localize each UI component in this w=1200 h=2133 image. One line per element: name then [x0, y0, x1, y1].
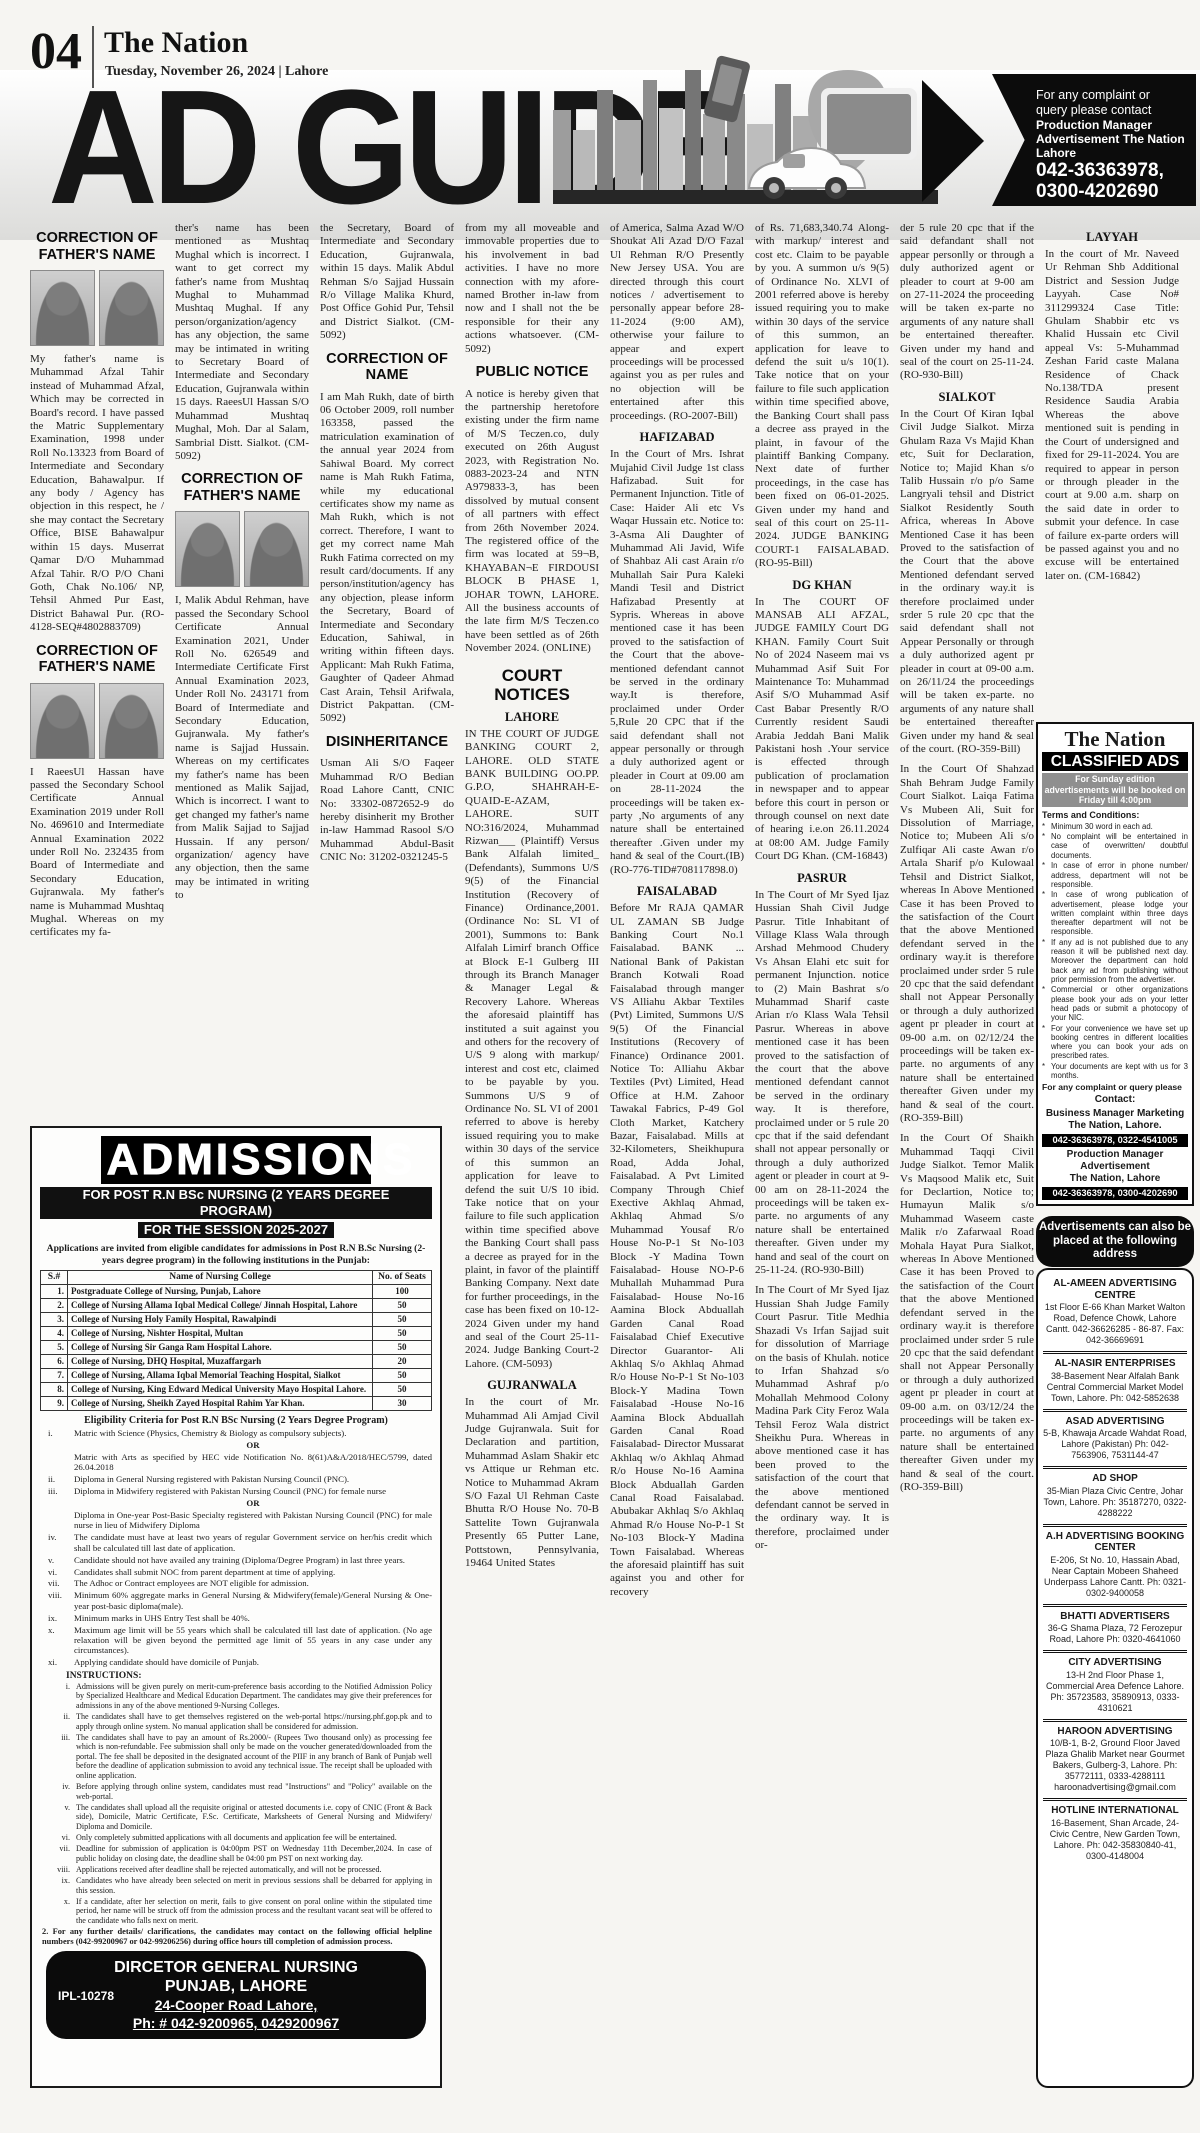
- agency-name: A.H ADVERTISING BOOKING CENTER: [1043, 1531, 1187, 1554]
- item-text: The candidates shall have to get themsel…: [76, 1712, 432, 1731]
- item-text: Diploma in Midwifery registered with Pak…: [74, 1486, 432, 1496]
- item-number: [40, 1452, 74, 1473]
- complaint-phone2: 0300-4202690: [1036, 181, 1188, 202]
- seats-cell: 50: [373, 1383, 432, 1397]
- agency-entry: BHATTI ADVERTISERS36-G Shama Plaza, 72 F…: [1043, 1604, 1187, 1651]
- instruction-item: x.If a candidate, after her selection on…: [40, 1897, 432, 1926]
- serial-cell: 2.: [41, 1299, 68, 1313]
- portrait-photo: [30, 270, 95, 346]
- complaint-line3: Production Manager: [1036, 118, 1188, 132]
- serial-cell: 4.: [41, 1327, 68, 1341]
- item-number: i.: [40, 1428, 74, 1438]
- item-number: ix.: [40, 1613, 74, 1623]
- table-row: 3.College of Nursing Holy Family Hospita…: [41, 1313, 432, 1327]
- college-name-cell: College of Nursing, Nishter Hospital, Mu…: [68, 1327, 373, 1341]
- term-item: *Minimum 30 word in each ad.: [1042, 822, 1188, 831]
- agency-name: ASAD ADVERTISING: [1043, 1416, 1187, 1428]
- item-text: Minimum 60% aggregate marks in General N…: [74, 1590, 432, 1611]
- seats-cell: 20: [373, 1355, 432, 1369]
- admissions-footnote: 2. For any further details/ clarificatio…: [42, 1927, 432, 1947]
- instructions-list: i.Admissions will be given purely on mer…: [40, 1682, 432, 1926]
- contact2-role: Advertisement: [1042, 1161, 1188, 1173]
- eligibility-item: x.Maximum age limit will be 55 years whi…: [40, 1625, 432, 1656]
- notice-text: In The COURT OF MANSAB ALI AFZAL, JUDGE …: [755, 596, 889, 864]
- portrait-photo: [99, 270, 164, 346]
- city-heading: GUJRANWALA: [465, 1378, 599, 1393]
- contact1-org: The Nation, Lahore.: [1042, 1120, 1188, 1132]
- instruction-item: ii.The candidates shall have to get them…: [40, 1712, 432, 1731]
- notice-text: Before Mr RAJA QAMAR UL ZAMAN SB Judge B…: [610, 902, 744, 1599]
- portrait-photo: [30, 683, 95, 759]
- serial-cell: 1.: [41, 1285, 68, 1299]
- item-number: iii.: [40, 1733, 76, 1781]
- term-item: *Your documents are kept with us for 3 m…: [1042, 1062, 1188, 1080]
- portrait-photo: [175, 511, 240, 587]
- agency-name: AL-NASIR ENTERPRISES: [1043, 1358, 1187, 1370]
- term-text: In case of wrong publication of advertis…: [1051, 890, 1188, 936]
- portrait-photos: [30, 683, 164, 759]
- item-number: v.: [40, 1803, 76, 1832]
- item-text: Candidates who have already been selecte…: [76, 1876, 432, 1895]
- admissions-intro: Applications are invited from eligible c…: [44, 1243, 428, 1266]
- table-row: 2.College of Nursing Allama Iqbal Medica…: [41, 1299, 432, 1313]
- eligibility-item: OR: [40, 1498, 432, 1508]
- serial-cell: 6.: [41, 1355, 68, 1369]
- table-row: 8.College of Nursing, King Edward Medica…: [41, 1383, 432, 1397]
- agency-entry: CITY ADVERTISING13-H 2nd Floor Phase 1, …: [1043, 1650, 1187, 1719]
- term-item: *In case of error in phone number/ addre…: [1042, 861, 1188, 889]
- table-row: 6.College of Nursing, DHQ Hospital, Muza…: [41, 1355, 432, 1369]
- section-heading: CORRECTION OF FATHER'S NAME: [30, 230, 164, 263]
- item-text: Matric with Arts as specified by HEC vid…: [74, 1452, 432, 1473]
- portrait-photo: [99, 683, 164, 759]
- section-heading: CORRECTION OF FATHER'S NAME: [175, 471, 309, 504]
- city-heading: LAYYAH: [1045, 230, 1179, 245]
- table-row: 5.College of Nursing Sir Ganga Ram Hospi…: [41, 1341, 432, 1355]
- term-text: If any ad is not published due to any re…: [1051, 938, 1188, 984]
- item-text: Applications received after deadline sha…: [76, 1865, 432, 1875]
- notice-text: from my all moveable and immovable prope…: [465, 222, 599, 356]
- item-number: vi.: [40, 1567, 74, 1577]
- notice-text: of America, Salma Azad W/O Shoukat Ali A…: [610, 222, 744, 423]
- complaint-line4: Advertisement The Nation Lahore: [1036, 132, 1188, 160]
- item-number: x.: [40, 1625, 74, 1656]
- eligibility-item: ii.Diploma in General Nursing registered…: [40, 1474, 432, 1484]
- eligibility-item: iv.The candidate must have at least two …: [40, 1532, 432, 1553]
- column-header: S.#: [41, 1271, 68, 1285]
- notice-text: Usman Ali S/O Faqeer Muhammad R/O Bedian…: [320, 757, 454, 864]
- agency-entry: A.H ADVERTISING BOOKING CENTERE-206, St …: [1043, 1524, 1187, 1604]
- notice-text: My father's name is Muhammad Afzal Tahir…: [30, 353, 164, 635]
- agency-entry: AL-NASIR ENTERPRISES38-Basement Near Alf…: [1043, 1351, 1187, 1409]
- eligibility-title: Eligibility Criteria for Post R.N BSc Nu…: [40, 1415, 432, 1426]
- college-name-cell: College of Nursing, Sheikh Zayed Hospita…: [68, 1397, 373, 1411]
- item-text: The candidate must have at least two yea…: [74, 1532, 432, 1553]
- serial-cell: 5.: [41, 1341, 68, 1355]
- instructions-title: INSTRUCTIONS:: [66, 1671, 432, 1681]
- college-name-cell: College of Nursing Sir Ganga Ram Hospita…: [68, 1341, 373, 1355]
- table-header-row: S.#Name of Nursing CollegeNo. of Seats: [41, 1271, 432, 1285]
- eligibility-item: OR: [40, 1440, 432, 1450]
- notice-text: In the Court Of Shahzad Shah Behram Judg…: [900, 763, 1034, 1125]
- notice-text: of Rs. 71,683,340.74 Along-with markup/ …: [755, 222, 889, 571]
- agency-name: HOTLINE INTERNATIONAL: [1043, 1805, 1187, 1817]
- cityscape-illustration: [553, 50, 938, 208]
- item-number: ii.: [40, 1474, 74, 1484]
- classified-title: CLASSIFIED ADS: [1042, 752, 1188, 771]
- term-item: *If any ad is not published due to any r…: [1042, 938, 1188, 984]
- term-text: For your convenience we have set up book…: [1051, 1024, 1188, 1061]
- portrait-photo: [244, 511, 309, 587]
- notice-text: In the Court Of Kiran Iqbal Civil Judge …: [900, 408, 1034, 757]
- agency-address: 35-Mian Plaza Civic Centre, Johar Town, …: [1043, 1486, 1187, 1519]
- seats-cell: 50: [373, 1299, 432, 1313]
- news-column-2: ther's name has been mentioned as Mushta…: [175, 222, 309, 1108]
- item-number: ii.: [40, 1712, 76, 1731]
- nursing-colleges-table: S.#Name of Nursing CollegeNo. of Seats1.…: [40, 1270, 432, 1411]
- agency-address: 16-Basement, Shan Arcade, 24-Civic Centr…: [1043, 1818, 1187, 1862]
- agency-address: 38-Basement Near Alfalah Bank Central Co…: [1043, 1371, 1187, 1404]
- term-text: Commercial or other organizations please…: [1051, 985, 1188, 1022]
- notice-text: der 5 rule 20 cpc that if the said defan…: [900, 222, 1034, 383]
- ipl-code: IPL-10278: [58, 1989, 114, 2003]
- newspaper-masthead: The Nation: [104, 28, 248, 58]
- bullet-star: *: [1042, 861, 1051, 889]
- college-name-cell: College of Nursing, King Edward Medical …: [68, 1383, 373, 1397]
- eligibility-item: vii.The Adhoc or Contract employees are …: [40, 1578, 432, 1588]
- section-heading: PUBLIC NOTICE: [465, 364, 599, 381]
- classified-ads-box: The Nation CLASSIFIED ADS For Sunday edi…: [1036, 722, 1194, 1206]
- item-text: OR: [74, 1440, 432, 1450]
- notice-text: IN THE COURT OF JUDGE BANKING COURT 2, L…: [465, 728, 599, 1372]
- term-text: In case of error in phone number/ addres…: [1051, 861, 1188, 889]
- serial-cell: 8.: [41, 1383, 68, 1397]
- college-name-cell: College of Nursing Allama Iqbal Medical …: [68, 1299, 373, 1313]
- item-number: vii.: [40, 1844, 76, 1863]
- bullet-star: *: [1042, 938, 1051, 984]
- bullet-star: *: [1042, 1024, 1051, 1061]
- agency-entry: ASAD ADVERTISING5-B, Khawaja Arcade Wahd…: [1043, 1409, 1187, 1467]
- bullet-star: *: [1042, 822, 1051, 831]
- item-text: Only completely submitted applications w…: [76, 1833, 432, 1843]
- instruction-item: i.Admissions will be given purely on mer…: [40, 1682, 432, 1711]
- agency-address: 13-H 2nd Floor Phase 1, Commercial Area …: [1043, 1670, 1187, 1714]
- seats-cell: 30: [373, 1397, 432, 1411]
- news-column-6: of Rs. 71,683,340.74 Along-with markup/ …: [755, 222, 889, 2095]
- news-column-8: LAYYAHIn the court of Mr. Naveed Ur Rehm…: [1045, 224, 1179, 722]
- item-text: Diploma in General Nursing registered wi…: [74, 1474, 432, 1484]
- instruction-item: viii.Applications received after deadlin…: [40, 1865, 432, 1875]
- notice-text: I RaeesUl Hassan have passed the Seconda…: [30, 766, 164, 940]
- city-heading: SIALKOT: [900, 390, 1034, 405]
- item-number: [40, 1498, 74, 1508]
- news-column-1: CORRECTION OF FATHER'S NAMEMy father's n…: [30, 222, 164, 1108]
- item-number: vii.: [40, 1578, 74, 1588]
- notice-text: In the court of Mr. Naveed Ur Rehman Shb…: [1045, 248, 1179, 583]
- agency-address: 10/B-1, B-2, Ground Floor Javed Plaza Gh…: [1043, 1738, 1187, 1793]
- notice-text: I, Malik Abdul Rehman, have passed the S…: [175, 594, 309, 902]
- term-item: *No complaint will be entertained in cas…: [1042, 832, 1188, 860]
- instruction-item: ix.Candidates who have already been sele…: [40, 1876, 432, 1895]
- item-number: viii.: [40, 1865, 76, 1875]
- city-heading: DG KHAN: [755, 578, 889, 593]
- item-text: The candidates shall have to pay an amou…: [76, 1733, 432, 1781]
- serial-cell: 7.: [41, 1369, 68, 1383]
- news-column-4: from my all moveable and immovable prope…: [465, 222, 599, 2095]
- classified-masthead: The Nation: [1042, 727, 1188, 751]
- contact2-org: The Nation, Lahore: [1042, 1173, 1188, 1185]
- term-item: *In case of wrong publication of adverti…: [1042, 890, 1188, 936]
- notice-text: In The Court of Mr Syed Ijaz Hussian Sha…: [755, 889, 889, 1278]
- eligibility-item: vi.Candidates shall submit NOC from pare…: [40, 1567, 432, 1577]
- section-heading: CORRECTION OF NAME: [320, 351, 454, 384]
- eligibility-item: Matric with Arts as specified by HEC vid…: [40, 1452, 432, 1473]
- seats-cell: 100: [373, 1285, 432, 1299]
- contact2-name: Production Manager: [1042, 1149, 1188, 1161]
- item-number: ix.: [40, 1876, 76, 1895]
- item-text: Minimum marks in UHS Entry Test shall be…: [74, 1613, 432, 1623]
- agency-name: AL-AMEEN ADVERTISING CENTRE: [1043, 1278, 1187, 1301]
- city-heading: HAFIZABAD: [610, 430, 744, 445]
- classified-complaint-line: For any complaint or query please: [1042, 1082, 1188, 1092]
- item-number: iii.: [40, 1486, 74, 1496]
- portrait-photos: [175, 511, 309, 587]
- notice-text: ther's name has been mentioned as Mushta…: [175, 222, 309, 463]
- admissions-subtitle-2: FOR THE SESSION 2025-2027: [138, 1222, 334, 1238]
- item-text: The Adhoc or Contract employees are NOT …: [74, 1578, 432, 1588]
- section-heading: CORRECTION OF FATHER'S NAME: [30, 643, 164, 676]
- agency-name: AD SHOP: [1043, 1473, 1187, 1485]
- bullet-star: *: [1042, 890, 1051, 936]
- terms-title: Terms and Conditions:: [1042, 810, 1188, 820]
- complaint-line1: For any complaint or: [1036, 88, 1188, 103]
- item-number: iv.: [40, 1782, 76, 1801]
- seats-cell: 50: [373, 1369, 432, 1383]
- contact-label: Contact:: [1042, 1094, 1188, 1106]
- classified-note: For Sunday edition advertisements will b…: [1042, 773, 1188, 807]
- bullet-star: *: [1042, 1062, 1051, 1080]
- agency-address: 1st Floor E-66 Khan Market Walton Road, …: [1043, 1302, 1187, 1346]
- item-text: Matric with Science (Physics, Chemistry …: [74, 1428, 432, 1438]
- item-number: viii.: [40, 1590, 74, 1611]
- item-number: [40, 1440, 74, 1450]
- item-number: xi.: [40, 1657, 74, 1667]
- agency-entry: AL-AMEEN ADVERTISING CENTRE1st Floor E-6…: [1043, 1274, 1187, 1351]
- notice-text: In the Court Of Shaikh Muhammad Taqqi Ci…: [900, 1132, 1034, 1494]
- agencies-list: AL-AMEEN ADVERTISING CENTRE1st Floor E-6…: [1036, 1268, 1194, 2088]
- agency-name: HAROON ADVERTISING: [1043, 1726, 1187, 1738]
- bullet-star: *: [1042, 985, 1051, 1022]
- eligibility-item: xi.Applying candidate should have domici…: [40, 1657, 432, 1667]
- item-text: Diploma in One-year Post-Basic Specialty…: [74, 1510, 432, 1531]
- table-row: 7.College of Nursing, Allama Iqbal Memor…: [41, 1369, 432, 1383]
- item-text: Before applying through online system, c…: [76, 1782, 432, 1801]
- agency-entry: AD SHOP35-Mian Plaza Civic Centre, Johar…: [1043, 1466, 1187, 1524]
- serial-cell: 3.: [41, 1313, 68, 1327]
- item-number: v.: [40, 1555, 74, 1565]
- item-number: vi.: [40, 1833, 76, 1843]
- notice-text: A notice is hereby given that the partne…: [465, 388, 599, 656]
- city-heading: PASRUR: [755, 871, 889, 886]
- item-text: OR: [74, 1498, 432, 1508]
- term-text: No complaint will be entertained in case…: [1051, 832, 1188, 860]
- college-name-cell: College of Nursing Holy Family Hospital,…: [68, 1313, 373, 1327]
- portrait-photos: [30, 270, 164, 346]
- notice-text: the Secretary, Board of Intermediate and…: [320, 222, 454, 343]
- college-name-cell: Postgraduate College of Nursing, Punjab,…: [68, 1285, 373, 1299]
- serial-cell: 9.: [41, 1397, 68, 1411]
- notice-text: I am Mah Rukh, date of birth 06 October …: [320, 391, 454, 726]
- agency-address: 5-B, Khawaja Arcade Wahdat Road, Lahore …: [1043, 1428, 1187, 1461]
- eligibility-item: ix.Minimum marks in UHS Entry Test shall…: [40, 1613, 432, 1623]
- agency-address: E-206, St No. 10, Hassain Abad, Near Cap…: [1043, 1555, 1187, 1599]
- college-name-cell: College of Nursing, DHQ Hospital, Muzaff…: [68, 1355, 373, 1369]
- instruction-item: vii.Deadline for submission of applicati…: [40, 1844, 432, 1863]
- city-heading: LAHORE: [465, 710, 599, 725]
- item-text: Applying candidate should have domicile …: [74, 1657, 432, 1667]
- item-number: x.: [40, 1897, 76, 1926]
- instruction-item: iii.The candidates shall have to pay an …: [40, 1733, 432, 1781]
- notice-text: In The Court of Mr Syed Ijaz Hussian Sha…: [755, 1284, 889, 1552]
- director-general-nursing-box: IPL-10278 DIRCETOR GENERAL NURSING PUNJA…: [46, 1951, 426, 2039]
- term-item: *For your convenience we have set up boo…: [1042, 1024, 1188, 1061]
- item-number: [40, 1510, 74, 1531]
- item-text: The candidates shall upload all the requ…: [76, 1803, 432, 1832]
- complaint-line2: query please contact: [1036, 103, 1188, 118]
- table-row: 1.Postgraduate College of Nursing, Punja…: [41, 1285, 432, 1299]
- eligibility-item: viii.Minimum 60% aggregate marks in Gene…: [40, 1590, 432, 1611]
- eligibility-item: i.Matric with Science (Physics, Chemistr…: [40, 1428, 432, 1438]
- column-header: Name of Nursing College: [68, 1271, 373, 1285]
- term-text: Your documents are kept with us for 3 mo…: [1051, 1062, 1188, 1080]
- item-text: Admissions will be given purely on merit…: [76, 1682, 432, 1711]
- terms-list: *Minimum 30 word in each ad.*No complain…: [1042, 822, 1188, 1081]
- complaint-phone1: 042-36363978,: [1036, 160, 1188, 181]
- eligibility-item: iii.Diploma in Midwifery registered with…: [40, 1486, 432, 1496]
- seats-cell: 50: [373, 1341, 432, 1355]
- admissions-title: ADMISSIONS: [101, 1136, 372, 1184]
- item-text: If a candidate, after her selection on m…: [76, 1897, 432, 1926]
- college-name-cell: College of Nursing, Allama Iqbal Memoria…: [68, 1369, 373, 1383]
- item-text: Deadline for submission of application i…: [76, 1844, 432, 1863]
- agency-name: BHATTI ADVERTISERS: [1043, 1611, 1187, 1623]
- table-row: 4.College of Nursing, Nishter Hospital, …: [41, 1327, 432, 1341]
- classified-phone1: 042-36363978, 0322-4541005: [1042, 1134, 1188, 1147]
- court-notices-heading: COURT NOTICES: [465, 666, 599, 704]
- table-row: 9.College of Nursing, Sheikh Zayed Hospi…: [41, 1397, 432, 1411]
- admissions-ad: ADMISSIONS FOR POST R.N BSc NURSING (2 Y…: [30, 1126, 442, 2088]
- term-text: Minimum 30 word in each ad.: [1051, 822, 1188, 831]
- eligibility-item: v.Candidate should not have availed any …: [40, 1555, 432, 1565]
- director-phone: Ph: # 042-9200965, 0429200967: [52, 2014, 420, 2032]
- admissions-subtitle-1: FOR POST R.N BSc NURSING (2 YEARS DEGREE…: [40, 1187, 432, 1219]
- instruction-item: vi.Only completely submitted application…: [40, 1833, 432, 1843]
- classified-phone2: 042-36363978, 0300-4202690: [1042, 1187, 1188, 1200]
- agency-entry: HAROON ADVERTISING10/B-1, B-2, Ground Fl…: [1043, 1719, 1187, 1799]
- colleges-table: S.#Name of Nursing CollegeNo. of Seats1.…: [40, 1270, 432, 1411]
- director-line1: DIRCETOR GENERAL NURSING: [52, 1958, 420, 1977]
- item-number: i.: [40, 1682, 76, 1711]
- news-column-3: the Secretary, Board of Intermediate and…: [320, 222, 454, 1108]
- item-text: Candidates shall submit NOC from parent …: [74, 1567, 432, 1577]
- agencies-note-pill: Advertisements can also be placed at the…: [1036, 1216, 1194, 1267]
- agency-address: 36-G Shama Plaza, 72 Ferozepur Road, Lah…: [1043, 1623, 1187, 1645]
- item-text: Maximum age limit will be 55 years which…: [74, 1625, 432, 1656]
- eligibility-list: i.Matric with Science (Physics, Chemistr…: [40, 1428, 432, 1668]
- instruction-item: v.The candidates shall upload all the re…: [40, 1803, 432, 1832]
- eligibility-item: Diploma in One-year Post-Basic Specialty…: [40, 1510, 432, 1531]
- column-header: No. of Seats: [373, 1271, 432, 1285]
- contact1-name: Business Manager Marketing: [1042, 1108, 1188, 1120]
- seats-cell: 50: [373, 1313, 432, 1327]
- news-column-5: of America, Salma Azad W/O Shoukat Ali A…: [610, 222, 744, 2095]
- notice-text: In the Court of Mrs. Ishrat Mujahid Civi…: [610, 448, 744, 877]
- bullet-star: *: [1042, 832, 1051, 860]
- agency-name: CITY ADVERTISING: [1043, 1657, 1187, 1669]
- item-number: iv.: [40, 1532, 74, 1553]
- notice-text: In the court of Mr. Muhammad Ali Amjad C…: [465, 1396, 599, 1570]
- news-column-7: der 5 rule 20 cpc that if the said defan…: [900, 222, 1034, 2095]
- seats-cell: 50: [373, 1327, 432, 1341]
- term-item: *Commercial or other organizations pleas…: [1042, 985, 1188, 1022]
- agency-entry: HOTLINE INTERNATIONAL16-Basement, Shan A…: [1043, 1798, 1187, 1867]
- item-text: Candidate should not have availed any tr…: [74, 1555, 432, 1565]
- section-heading: DISINHERITANCE: [320, 734, 454, 751]
- city-heading: FAISALABAD: [610, 884, 744, 899]
- instruction-item: iv.Before applying through online system…: [40, 1782, 432, 1801]
